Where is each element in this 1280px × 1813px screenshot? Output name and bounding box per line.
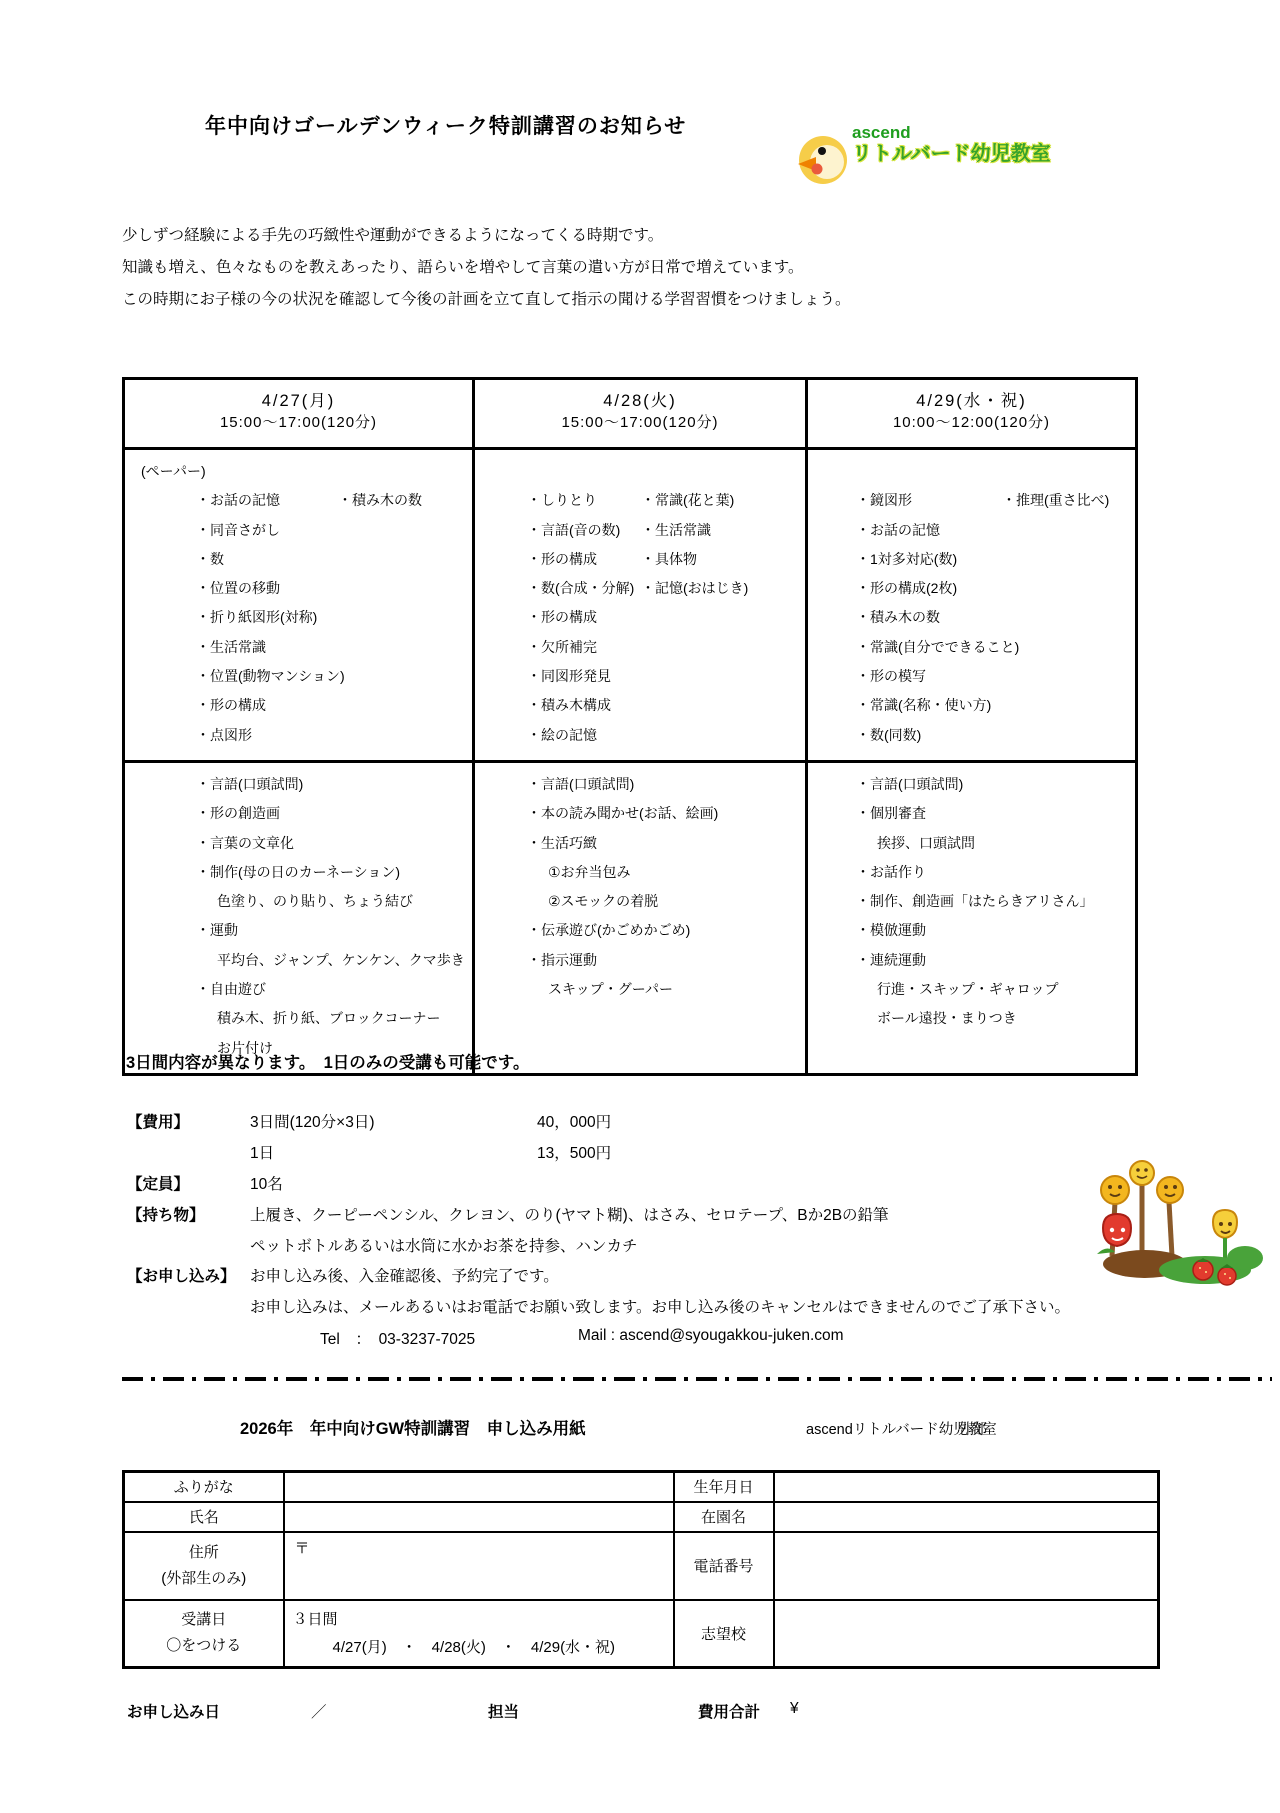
email-address: Mail : ascend@syougakkou-juken.com	[578, 1327, 844, 1345]
brand-logo: ascend リトルバード幼児教室	[796, 124, 1046, 195]
cut-line-separator	[122, 1377, 1272, 1381]
fee-row-1: 【費用】 3日間(120分×3日) 40，000円	[0, 1110, 1280, 1134]
brand-word: ascend	[852, 124, 1051, 142]
furigana-label: ふりがな	[124, 1472, 284, 1502]
attendance-options: ３日間 4/27(月) ・ 4/28(火) ・ 4/29(水・祝)	[284, 1600, 674, 1668]
apply-date-label: お申し込み日	[127, 1700, 220, 1722]
flowers-clipart	[1085, 1158, 1265, 1295]
attendance-dates: 4/27(月) ・ 4/28(火) ・ 4/29(水・祝)	[293, 1634, 673, 1662]
attendance-label: 受講日 〇をつける	[124, 1600, 284, 1668]
intro-line: 少しずつ経験による手先の巧緻性や運動ができるようになってくる時期です。	[122, 220, 851, 252]
activity-items-day3: ・言語(口頭試問) ・個別審査 挨拶、口頭試問 ・お話作り ・制作、創造画「はた…	[807, 762, 1137, 1075]
kindergarten-field	[774, 1502, 1159, 1532]
intro-paragraph: 少しずつ経験による手先の巧緻性や運動ができるようになってくる時期です。 知識も増…	[122, 220, 851, 316]
paper-items-day2: ・しりとり・常識(花と葉) ・言語(音の数)・生活常識 ・形の構成・具体物 ・数…	[474, 449, 807, 762]
school-field	[774, 1600, 1159, 1668]
birthdate-label: 生年月日	[674, 1472, 774, 1502]
attendance-duration: ３日間	[293, 1606, 673, 1634]
form-title: 2026年 年中向けGW特訓講習 申し込み用紙	[240, 1415, 586, 1439]
schedule-note: 3日間内容が異なります。 1日のみの受講も可能です。	[126, 1049, 529, 1073]
address-label: 住所 (外部生のみ)	[124, 1532, 284, 1600]
form-row-attendance: 受講日 〇をつける ３日間 4/27(月) ・ 4/28(火) ・ 4/29(水…	[124, 1600, 1159, 1668]
flyer-page: 年中向けゴールデンウィーク特訓講習のお知らせ ascend リトルバード幼児教室…	[0, 0, 1280, 1813]
apply-text: お申し込みは、メールあるいはお電話でお願い致します。お申し込み後のキャンセルはで…	[250, 1295, 1070, 1317]
kindergarten-label: 在園名	[674, 1502, 774, 1532]
school-label: 志望校	[674, 1600, 774, 1668]
chick-icon	[796, 124, 848, 195]
paper-items-day3: ・鏡図形・推理(重さ比べ) ・お話の記憶 ・1対多対応(数) ・形の構成(2枚)…	[807, 449, 1137, 762]
apply-text: お申し込み後、入金確認後、予約完了です。	[250, 1264, 559, 1286]
birthdate-field	[774, 1472, 1159, 1502]
fee-price: 13，500円	[537, 1141, 611, 1163]
staff-label: 担当	[488, 1700, 519, 1722]
belongings-text: 上履き、クーピーペンシル、クレヨン、のり(ヤマト糊)、はさみ、セロテープ、Bか2…	[250, 1203, 889, 1225]
schedule-day-header: 4/28(火) 15:00～17:00(120分)	[474, 379, 807, 449]
phone-field	[774, 1532, 1159, 1600]
belongings-text: ペットボトルあるいは水筒に水かお茶を持参、ハンカチ	[250, 1234, 638, 1256]
schedule-table: 4/27(月) 15:00～17:00(120分) 4/28(火) 15:00～…	[122, 377, 1138, 1076]
form-tag: 外部	[958, 1418, 987, 1439]
fee-price: 40，000円	[537, 1110, 611, 1132]
page-title: 年中向けゴールデンウィーク特訓講習のお知らせ	[205, 110, 686, 140]
schedule-paper-row: (ペーパー) ・お話の記憶・積み木の数 ・同音さがし ・数 ・位置の移動 ・折り…	[124, 449, 1137, 762]
fee-label: 【費用】	[127, 1110, 189, 1132]
name-label: 氏名	[124, 1502, 284, 1532]
furigana-field	[284, 1472, 674, 1502]
belongings-label: 【持ち物】	[127, 1203, 205, 1225]
form-footer: お申し込み日 ／ 担当 費用合計 ¥	[0, 1700, 1280, 1724]
capacity-label: 【定員】	[127, 1172, 189, 1194]
apply-label: 【お申し込み】	[127, 1264, 236, 1286]
schedule-day-header: 4/29(水・祝) 10:00～12:00(120分)	[807, 379, 1137, 449]
address-field: 〒	[284, 1532, 674, 1600]
fee-item: 3日間(120分×3日)	[250, 1110, 374, 1132]
activity-items-day1: ・言語(口頭試問) ・形の創造画 ・言葉の文章化 ・制作(母の日のカーネーション…	[124, 762, 474, 1075]
schedule-activity-row: ・言語(口頭試問) ・形の創造画 ・言葉の文章化 ・制作(母の日のカーネーション…	[124, 762, 1137, 1075]
fee-item: 1日	[250, 1141, 274, 1163]
apply-row-2: お申し込みは、メールあるいはお電話でお願い致します。お申し込み後のキャンセルはで…	[0, 1295, 1280, 1319]
form-row-furigana: ふりがな 生年月日	[124, 1472, 1159, 1502]
postal-mark: 〒	[295, 1540, 310, 1557]
intro-line: 知識も増え、色々なものを教えあったり、語らいを増やして言葉の遣い方が日常で増えて…	[122, 252, 851, 284]
form-row-name: 氏名 在園名	[124, 1502, 1159, 1532]
capacity-value: 10名	[250, 1172, 283, 1194]
schedule-day-header: 4/27(月) 15:00～17:00(120分)	[124, 379, 474, 449]
application-form-table: ふりがな 生年月日 氏名 在園名 住所 (外部生のみ) 〒 電話番号	[122, 1470, 1160, 1669]
phone-label: 電話番号	[674, 1532, 774, 1600]
apply-date-slash: ／	[311, 1700, 327, 1722]
paper-items-day1: (ペーパー) ・お話の記憶・積み木の数 ・同音さがし ・数 ・位置の移動 ・折り…	[124, 449, 474, 762]
phone-number: Tel ： 03-3237-7025	[320, 1327, 475, 1349]
activity-items-day2: ・言語(口頭試問) ・本の読み聞かせ(お話、絵画) ・生活巧緻 ①お弁当包み ②…	[474, 762, 807, 1075]
contact-row: Tel ： 03-3237-7025 Mail : ascend@syougak…	[0, 1327, 1280, 1351]
yen-mark: ¥	[790, 1700, 799, 1718]
intro-line: この時期にお子様の今の状況を確認して今後の計画を立て直して指示の聞ける学習習慣を…	[122, 284, 851, 316]
schedule-header-row: 4/27(月) 15:00～17:00(120分) 4/28(火) 15:00～…	[124, 379, 1137, 449]
total-label: 費用合計	[698, 1700, 760, 1722]
name-field	[284, 1502, 674, 1532]
brand-school-name: リトルバード幼児教室	[852, 142, 1051, 166]
form-row-address: 住所 (外部生のみ) 〒 電話番号	[124, 1532, 1159, 1600]
